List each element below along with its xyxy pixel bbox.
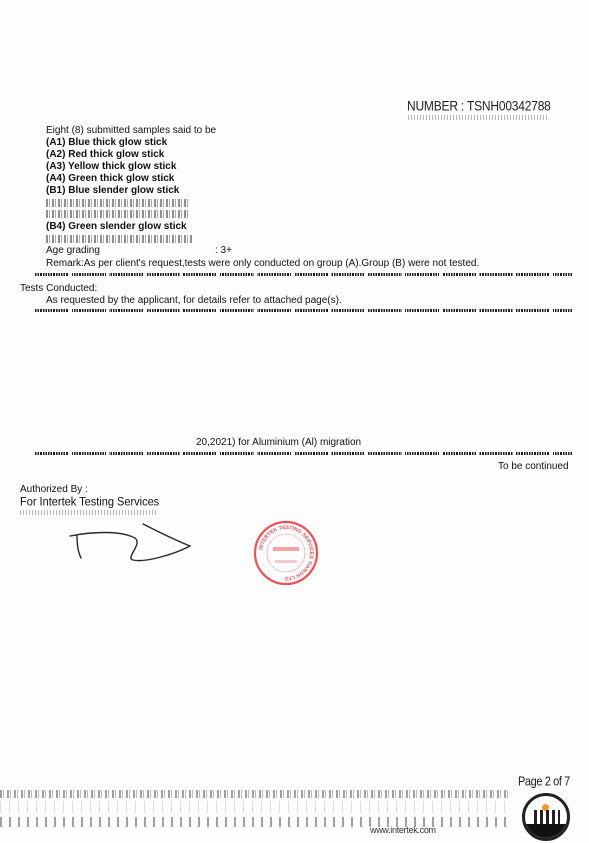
age-grading-value: : 3+: [215, 245, 232, 257]
sample-a4: (A4) Green thick glow stick: [46, 173, 174, 185]
separator-1: [35, 273, 573, 276]
logo-bars: [534, 810, 560, 830]
remark: Remark:As per client's request,tests wer…: [46, 258, 479, 270]
footer-website[interactable]: www.intertek.com: [370, 825, 436, 835]
company-seal-icon: INTERTEK TESTING SERVICES TIANJIN LTD: [253, 520, 319, 586]
signature-icon: [65, 518, 195, 563]
svg-text:INTERTEK TESTING SERVICES TIAN: INTERTEK TESTING SERVICES TIANJIN LTD: [258, 525, 314, 581]
intertek-logo-icon: [522, 793, 570, 841]
report-number-subline: [408, 115, 548, 120]
sample-extra-obscured: [46, 235, 192, 243]
page-number: Page 2 of 7: [518, 775, 570, 789]
to-be-continued: To be continued: [498, 461, 569, 473]
company-subline: [20, 510, 156, 515]
sample-b1: (B1) Blue slender glow stick: [46, 185, 179, 197]
footer-legal-line-2: [0, 801, 510, 813]
tests-heading: Tests Conducted:: [20, 283, 97, 295]
sample-a1: (A1) Blue thick glow stick: [46, 137, 167, 149]
authorized-company: For Intertek Testing Services: [20, 495, 159, 508]
samples-intro: Eight (8) submitted samples said to be: [46, 125, 216, 137]
separator-2: [35, 309, 573, 312]
footer-legal-line-1: [0, 790, 510, 798]
authorized-by-label: Authorized By :: [20, 484, 88, 496]
sample-b3-obscured: [46, 210, 188, 218]
tests-body: As requested by the applicant, for detai…: [46, 295, 342, 307]
sample-a3: (A3) Yellow thick glow stick: [46, 161, 176, 173]
separator-3: [35, 452, 573, 455]
age-grading-label: Age grading: [46, 245, 100, 257]
sample-b2-obscured: [46, 199, 188, 207]
report-number: NUMBER : TSNH00342788: [407, 98, 551, 114]
sample-b4: (B4) Green slender glow stick: [46, 221, 187, 233]
conclusion-fragment: 20,2021) for Aluminium (Al) migration: [196, 437, 361, 449]
sample-a2: (A2) Red thick glow stick: [46, 149, 164, 161]
